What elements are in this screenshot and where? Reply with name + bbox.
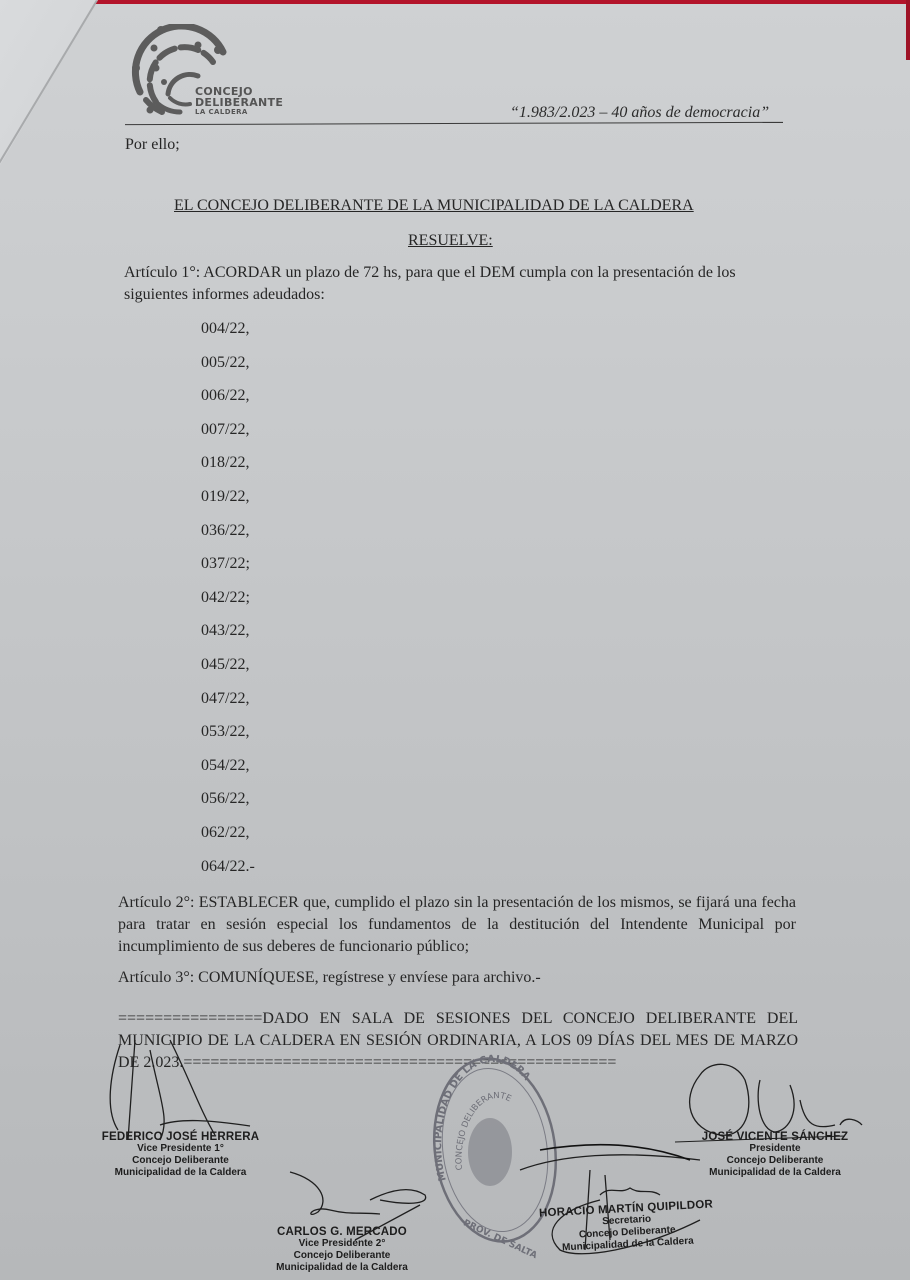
binder-edge-top	[95, 0, 910, 4]
article-2: Artículo 2°: ESTABLECER que, cumplido el…	[118, 892, 796, 958]
report-item: 043/22,	[201, 620, 255, 654]
document-title: EL CONCEJO DELIBERANTE DE LA MUNICIPALID…	[174, 195, 694, 217]
signer-org: Concejo Deliberante	[690, 1155, 860, 1167]
signer-org: Concejo Deliberante	[262, 1250, 422, 1262]
article-1: Artículo 1°: ACORDAR un plazo de 72 hs, …	[124, 262, 789, 306]
logo-line-2: DELIBERANTE	[195, 97, 283, 108]
report-item: 004/22,	[201, 318, 255, 352]
signature-vice-president-2: CARLOS G. MERCADO Vice Presidente 2° Con…	[262, 1226, 422, 1274]
article-3: Artículo 3°: COMUNÍQUESE, regístrese y e…	[118, 967, 541, 989]
report-item: 006/22,	[201, 385, 255, 419]
resuelve-heading: RESUELVE:	[408, 230, 493, 252]
report-item: 036/22,	[201, 520, 255, 554]
report-item: 005/22,	[201, 352, 255, 386]
signer-org: Concejo Deliberante	[93, 1155, 268, 1167]
signer-municipality: Municipalidad de la Caldera	[262, 1262, 422, 1274]
signature-secretary: HORACIO MARTÍN QUIPILDOR Secretario Conc…	[526, 1198, 728, 1256]
signer-municipality: Municipalidad de la Caldera	[93, 1167, 268, 1179]
report-item: 042/22;	[201, 587, 255, 621]
signer-role: Vice Presidente 2°	[262, 1238, 422, 1250]
signer-role: Vice Presidente 1°	[93, 1143, 268, 1155]
logo-text: CONCEJO DELIBERANTE LA CALDERA	[195, 86, 283, 116]
report-item: 053/22,	[201, 721, 255, 755]
report-item: 019/22,	[201, 486, 255, 520]
header-motto: “1.983/2.023 – 40 años de democracia”	[510, 104, 769, 122]
report-item: 007/22,	[201, 419, 255, 453]
logo-line-3: LA CALDERA	[195, 109, 283, 116]
report-item: 064/22.-	[201, 856, 255, 890]
report-item: 045/22,	[201, 654, 255, 688]
page-fold	[0, 0, 110, 200]
signer-municipality: Municipalidad de la Caldera	[690, 1167, 860, 1179]
signature-vice-president-1: FEDERICO JOSÉ HERRERA Vice Presidente 1°…	[93, 1131, 268, 1179]
report-item: 037/22;	[201, 553, 255, 587]
report-item: 018/22,	[201, 452, 255, 486]
report-item: 056/22,	[201, 788, 255, 822]
report-item: 062/22,	[201, 822, 255, 856]
signer-name: JOSÉ VICENTE SÁNCHEZ	[690, 1131, 860, 1143]
intro-text: Por ello;	[125, 134, 180, 156]
signer-name: CARLOS G. MERCADO	[262, 1226, 422, 1238]
signer-role: Presidente	[690, 1143, 860, 1155]
report-item: 047/22,	[201, 688, 255, 722]
closing-statement: ================DADO EN SALA DE SESIONES…	[118, 1008, 798, 1074]
header-divider	[125, 122, 783, 125]
signature-president: JOSÉ VICENTE SÁNCHEZ Presidente Concejo …	[690, 1131, 860, 1179]
seal-inner-text: CONCEJO DELIBERANTE	[455, 1091, 513, 1171]
report-list: 004/22,005/22,006/22,007/22,018/22,019/2…	[201, 318, 255, 889]
binder-edge-right	[906, 0, 910, 60]
report-item: 054/22,	[201, 755, 255, 789]
stamp-and-signatures-layer: MUNICIPALIDAD DE LA CALDERA CONCEJO DELI…	[0, 0, 910, 1280]
signer-name: FEDERICO JOSÉ HERRERA	[93, 1131, 268, 1143]
svg-text:CONCEJO DELIBERANTE: CONCEJO DELIBERANTE	[455, 1091, 513, 1171]
